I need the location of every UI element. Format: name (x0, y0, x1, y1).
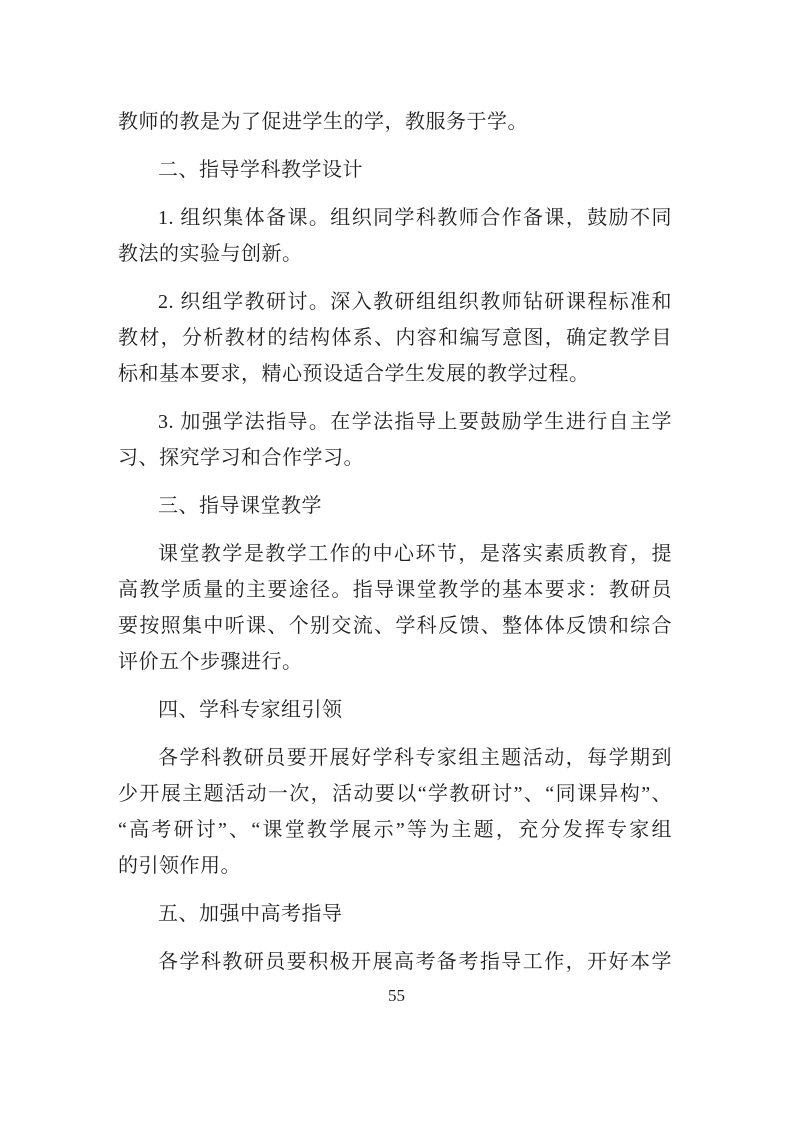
heading-text: 三、指导课堂教学 (118, 488, 672, 524)
body-paragraph: 课堂教学是教学工作的中心环节，是落实素质教育，提 高教学质量的主要途径。指导课堂… (118, 536, 672, 680)
text-line: 的引领作用。 (118, 848, 672, 884)
numbered-paragraph-1: 1. 组织集体备课。组织同学科教师合作备课，鼓励不同 教法的实验与创新。 (118, 200, 672, 272)
text-line: 标和基本要求，精心预设适合学生发展的教学过程。 (118, 356, 672, 392)
text-line: 习、探究学习和合作学习。 (118, 440, 672, 476)
text-line: 评价五个步骤进行。 (118, 644, 672, 680)
text-line: 2. 织组学教研讨。深入教研组组织教师钻研课程标准和 (118, 284, 672, 320)
body-paragraph: 各学科教研员要积极开展高考备考指导工作，开好本学 (118, 944, 672, 980)
text-line: 3. 加强学法指导。在学法指导上要鼓励学生进行自主学 (118, 404, 672, 440)
paragraph-continuation: 教师的教是为了促进学生的学，教服务于学。 (118, 104, 672, 140)
text-line: 各学科教研员要积极开展高考备考指导工作，开好本学 (118, 944, 672, 980)
numbered-paragraph-3: 3. 加强学法指导。在学法指导上要鼓励学生进行自主学 习、探究学习和合作学习。 (118, 404, 672, 476)
text-line: 少开展主题活动一次，活动要以“学教研讨”、“同课异构”、 (118, 776, 672, 812)
numbered-paragraph-2: 2. 织组学教研讨。深入教研组组织教师钻研课程标准和 教材，分析教材的结构体系、… (118, 284, 672, 392)
text-line: 高教学质量的主要途径。指导课堂教学的基本要求：教研员 (118, 572, 672, 608)
heading-text: 二、指导学科教学设计 (118, 152, 672, 188)
text-block: 教师的教是为了促进学生的学，教服务于学。 二、指导学科教学设计 1. 组织集体备… (118, 104, 672, 980)
text-line: 1. 组织集体备课。组织同学科教师合作备课，鼓励不同 (118, 200, 672, 236)
section-heading-2: 二、指导学科教学设计 (118, 152, 672, 188)
text-line: 教法的实验与创新。 (118, 236, 672, 272)
page-number: 55 (0, 984, 793, 1008)
section-heading-3: 三、指导课堂教学 (118, 488, 672, 524)
body-paragraph: 各学科教研员要开展好学科专家组主题活动，每学期到 少开展主题活动一次，活动要以“… (118, 740, 672, 884)
document-page: 教师的教是为了促进学生的学，教服务于学。 二、指导学科教学设计 1. 组织集体备… (0, 0, 793, 1122)
section-heading-5: 五、加强中高考指导 (118, 896, 672, 932)
text-line: “高考研讨”、“课堂教学展示”等为主题，充分发挥专家组 (118, 812, 672, 848)
heading-text: 四、学科专家组引领 (118, 692, 672, 728)
heading-text: 五、加强中高考指导 (118, 896, 672, 932)
text-line: 各学科教研员要开展好学科专家组主题活动，每学期到 (118, 740, 672, 776)
text-line: 教师的教是为了促进学生的学，教服务于学。 (118, 104, 672, 140)
text-line: 课堂教学是教学工作的中心环节，是落实素质教育，提 (118, 536, 672, 572)
section-heading-4: 四、学科专家组引领 (118, 692, 672, 728)
text-line: 教材，分析教材的结构体系、内容和编写意图，确定教学目 (118, 320, 672, 356)
text-line: 要按照集中听课、个别交流、学科反馈、整体体反馈和综合 (118, 608, 672, 644)
